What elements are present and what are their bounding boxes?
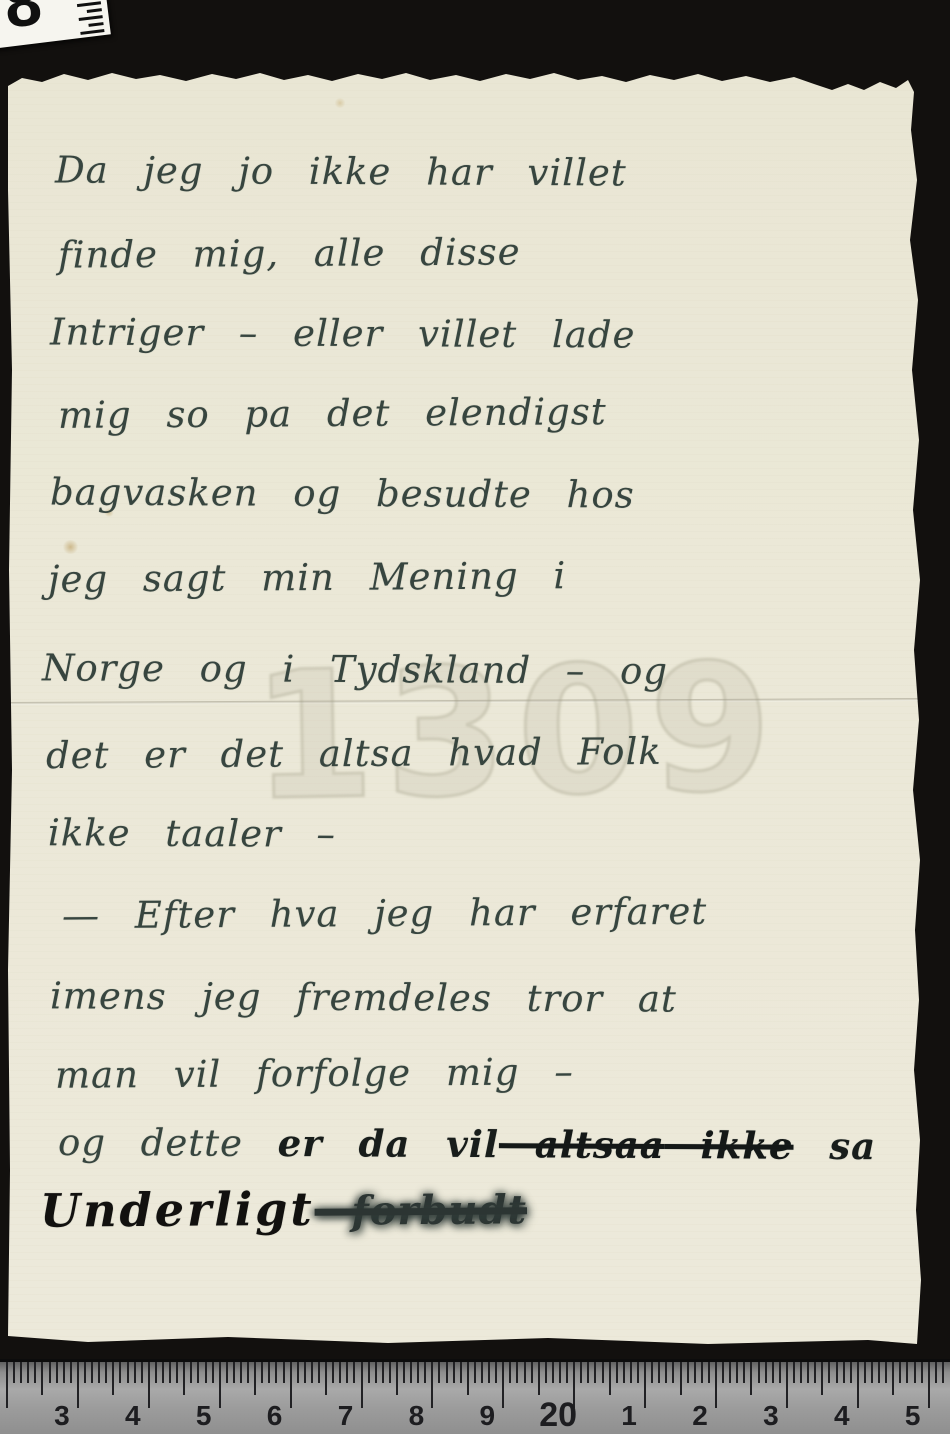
ruler-tick xyxy=(84,1362,86,1383)
ruler-tick xyxy=(283,1362,285,1383)
ruler-tick xyxy=(779,1362,781,1383)
ruler-tick xyxy=(552,1362,554,1383)
ruler-tick xyxy=(828,1362,830,1383)
fragment-tick xyxy=(80,29,104,35)
ruler-tick xyxy=(524,1362,526,1383)
foxing-spot xyxy=(62,540,79,554)
ruler-tick xyxy=(786,1362,788,1408)
handwriting-segment: finde mig, alle disse xyxy=(58,230,521,276)
ruler-tick xyxy=(6,1362,8,1408)
ruler-tick xyxy=(119,1362,121,1383)
ruler-tick xyxy=(70,1362,72,1383)
ruler-tick xyxy=(197,1362,199,1383)
ruler-tick xyxy=(112,1362,114,1395)
ruler-tick xyxy=(212,1362,214,1383)
ruler-tick xyxy=(403,1362,405,1383)
ruler-tick xyxy=(226,1362,228,1383)
handwritten-line: Norge og i Tydskland – og xyxy=(42,646,668,692)
ruler-tick xyxy=(190,1362,192,1383)
handwritten-line: jeg sagt min Mening i xyxy=(48,554,567,601)
ruler-tick xyxy=(587,1362,589,1383)
handwritten-line: — Efter hva jeg har erfaret xyxy=(62,890,707,938)
handwriting-segment: jeg sagt min Mening i xyxy=(48,554,567,601)
ruler-tick xyxy=(609,1362,611,1395)
ruler-number: 8 xyxy=(409,1400,425,1432)
ruler-tick xyxy=(687,1362,689,1383)
ruler-number: 7 xyxy=(338,1400,354,1432)
handwritten-line: og dette er da vil altsaa ikke sa xyxy=(58,1120,876,1168)
ruler-tick xyxy=(538,1362,540,1395)
ruler-tick xyxy=(488,1362,490,1383)
ruler-tick xyxy=(34,1362,36,1383)
handwriting-segment: — Efter hva jeg har erfaret xyxy=(62,890,707,938)
ruler-number: 1 xyxy=(621,1400,637,1432)
ruler-fragment-digit: 8 xyxy=(0,0,46,43)
ruler-tick xyxy=(750,1362,752,1395)
ruler-tick xyxy=(672,1362,674,1383)
ruler-tick xyxy=(694,1362,696,1383)
ruler-tick xyxy=(665,1362,667,1383)
ruler-tick xyxy=(594,1362,596,1383)
handwriting-segment: bagvasken og besudte hos xyxy=(50,470,635,516)
ruler-number: 9 xyxy=(480,1400,496,1432)
ruler-tick xyxy=(275,1362,277,1383)
ruler-tick xyxy=(559,1362,561,1383)
ruler-tick xyxy=(871,1362,873,1383)
ruler-number: 6 xyxy=(267,1400,283,1432)
handwriting-segment: Intriger – eller villet lade xyxy=(50,310,636,356)
ruler-number: 5 xyxy=(196,1400,212,1432)
ruler-tick xyxy=(63,1362,65,1383)
ruler-tick xyxy=(446,1362,448,1383)
ruler-tick xyxy=(637,1362,639,1383)
ruler-tick xyxy=(410,1362,412,1383)
ruler-tick xyxy=(928,1362,930,1408)
ruler-tick xyxy=(240,1362,242,1383)
ruler-fragment-ticks xyxy=(75,0,104,35)
ruler-tick xyxy=(41,1362,43,1395)
ruler-tick xyxy=(495,1362,497,1383)
handwritten-line: Intriger – eller villet lade xyxy=(50,310,636,356)
ruler-tick xyxy=(417,1362,419,1383)
handwritten-line: man vil forfolge mig – xyxy=(55,1050,574,1097)
handwriting-segment-bs: altsaa xyxy=(499,1122,665,1167)
ruler-tick xyxy=(942,1362,944,1383)
ruler-tick xyxy=(389,1362,391,1383)
handwritten-line: bagvasken og besudte hos xyxy=(50,470,635,516)
handwritten-line: mig so pa det elendigst xyxy=(58,390,607,437)
ruler-tick xyxy=(821,1362,823,1395)
ruler-tick xyxy=(772,1362,774,1383)
ruler-tick xyxy=(793,1362,795,1383)
ruler-tick xyxy=(807,1362,809,1383)
ruler-tick xyxy=(27,1362,29,1383)
ruler-number: 4 xyxy=(834,1400,850,1432)
ruler-tick xyxy=(453,1362,455,1383)
ruler-tick xyxy=(616,1362,618,1383)
handwriting-segment: og dette xyxy=(58,1121,278,1165)
ruler-tick xyxy=(644,1362,646,1408)
ruler-tick xyxy=(474,1362,476,1383)
handwriting-segment: imens jeg fremdeles tror at xyxy=(50,974,677,1020)
ruler-tick xyxy=(921,1362,923,1383)
ruler-tick xyxy=(906,1362,908,1383)
ruler-tick xyxy=(13,1362,15,1383)
ruler-tick xyxy=(290,1362,292,1408)
ruler-tick xyxy=(332,1362,334,1383)
ruler-tick xyxy=(375,1362,377,1383)
ruler-tick xyxy=(98,1362,100,1383)
ruler-tick xyxy=(857,1362,859,1408)
ruler-tick xyxy=(77,1362,79,1408)
handwriting-segment-bs: ikke xyxy=(665,1123,794,1168)
ruler-tick xyxy=(935,1362,937,1383)
ruler-tick xyxy=(56,1362,58,1383)
ruler-tick xyxy=(602,1362,604,1383)
ruler-tick xyxy=(864,1362,866,1383)
ruler-tick xyxy=(346,1362,348,1383)
ruler-tick xyxy=(651,1362,653,1383)
fragment-tick xyxy=(87,8,102,13)
ruler-tick xyxy=(765,1362,767,1383)
ruler-tick xyxy=(105,1362,107,1383)
ruler-tick xyxy=(325,1362,327,1395)
ruler-tick xyxy=(722,1362,724,1383)
ruler-tick xyxy=(261,1362,263,1383)
ruler-tick xyxy=(502,1362,504,1408)
ruler-tick xyxy=(729,1362,731,1383)
ruler-tick xyxy=(169,1362,171,1383)
ruler-tick xyxy=(353,1362,355,1383)
ruler-tick xyxy=(127,1362,129,1383)
fragment-tick xyxy=(79,15,103,21)
ruler-tick xyxy=(580,1362,582,1383)
ruler-tick xyxy=(566,1362,568,1383)
ruler-tick xyxy=(843,1362,845,1383)
ruler-tick xyxy=(219,1362,221,1408)
ruler-tick xyxy=(141,1362,143,1383)
top-ruler-fragment: 8 xyxy=(0,0,111,49)
ruler-tick xyxy=(148,1362,150,1408)
photo-stage: 1309 Da jeg jo ikke har villetfinde mig,… xyxy=(0,0,950,1434)
fragment-tick xyxy=(77,1,101,7)
handwriting-segment-b: sa xyxy=(793,1124,876,1168)
handwriting-segment: det er det altsa hvad Folk xyxy=(46,730,662,777)
ruler-number: 20 xyxy=(539,1396,577,1434)
ruler-tick xyxy=(20,1362,22,1383)
fragment-tick xyxy=(88,22,103,27)
handwriting-segment-b: er da vil xyxy=(278,1121,499,1166)
ruler-tick xyxy=(836,1362,838,1383)
ruler-tick xyxy=(438,1362,440,1383)
ruler-tick xyxy=(368,1362,370,1383)
ruler-tick xyxy=(715,1362,717,1408)
ruler-tick xyxy=(878,1362,880,1383)
handwriting-segment-big: Underligt xyxy=(40,1182,315,1238)
ruler-tick xyxy=(701,1362,703,1383)
handwritten-line: ikke taaler – xyxy=(48,811,336,856)
foxing-spot xyxy=(334,98,346,108)
ruler-tick xyxy=(545,1362,547,1383)
ruler-tick xyxy=(254,1362,256,1395)
ruler-tick xyxy=(481,1362,483,1383)
ruler-tick xyxy=(396,1362,398,1395)
ruler-tick xyxy=(304,1362,306,1383)
ruler-tick xyxy=(680,1362,682,1395)
ruler-tick xyxy=(658,1362,660,1383)
ruler-tick xyxy=(758,1362,760,1383)
ruler-tick xyxy=(233,1362,235,1383)
ruler-number: 5 xyxy=(905,1400,921,1432)
ruler-tick xyxy=(623,1362,625,1383)
ruler-tick xyxy=(247,1362,249,1383)
handwriting-segment: Da jeg jo ikke har villet xyxy=(55,149,627,195)
ruler-tick xyxy=(736,1362,738,1383)
ruler-tick xyxy=(134,1362,136,1383)
handwriting-segment: Norge og i Tydskland – og xyxy=(42,646,668,692)
ruler-number: 3 xyxy=(54,1400,70,1432)
ruler-tick xyxy=(850,1362,852,1383)
ruler-tick xyxy=(268,1362,270,1383)
handwritten-line: imens jeg fremdeles tror at xyxy=(50,974,677,1020)
ruler-tick xyxy=(49,1362,51,1383)
handwritten-line: Da jeg jo ikke har villet xyxy=(55,149,627,195)
ruler-tick xyxy=(424,1362,426,1383)
handwriting-segment: mig so pa det elendigst xyxy=(58,390,607,437)
ruler-tick xyxy=(531,1362,533,1383)
ruler-tick xyxy=(162,1362,164,1383)
ruler-number: 2 xyxy=(692,1400,708,1432)
handwriting-segment: man vil forfolge mig – xyxy=(55,1050,574,1097)
ruler-tick xyxy=(743,1362,745,1383)
ruler-tick xyxy=(91,1362,93,1383)
ruler-tick xyxy=(339,1362,341,1383)
ruler-tick xyxy=(183,1362,185,1395)
ruler-tick xyxy=(431,1362,433,1408)
ruler-tick xyxy=(361,1362,363,1408)
ruler-tick xyxy=(205,1362,207,1383)
ruler-number: 3 xyxy=(763,1400,779,1432)
ruler-tick xyxy=(914,1362,916,1383)
ruler-tick xyxy=(297,1362,299,1383)
ruler-tick xyxy=(708,1362,710,1383)
ruler-tick xyxy=(311,1362,313,1383)
ruler-tick xyxy=(460,1362,462,1383)
ruler-tick xyxy=(382,1362,384,1383)
handwritten-line: finde mig, alle disse xyxy=(58,230,521,276)
ruler-tick xyxy=(899,1362,901,1383)
ruler-tick xyxy=(509,1362,511,1383)
ruler-number: 4 xyxy=(125,1400,141,1432)
handwriting-segment-smudge: forbudt xyxy=(314,1186,527,1234)
ruler-tick xyxy=(885,1362,887,1383)
ruler-tick xyxy=(516,1362,518,1383)
ruler-tick xyxy=(155,1362,157,1383)
handwritten-line: det er det altsa hvad Folk xyxy=(46,730,662,777)
ruler-tick xyxy=(814,1362,816,1383)
ruler-tick xyxy=(176,1362,178,1383)
ruler-tick xyxy=(800,1362,802,1383)
bottom-ruler: 34567892012345 xyxy=(0,1362,950,1434)
ruler-tick xyxy=(630,1362,632,1383)
handwritten-line: Underligt forbudt xyxy=(40,1180,527,1237)
ruler-tick xyxy=(467,1362,469,1395)
ruler-tick xyxy=(892,1362,894,1395)
handwriting-segment: ikke taaler – xyxy=(48,811,336,856)
ruler-tick xyxy=(318,1362,320,1383)
